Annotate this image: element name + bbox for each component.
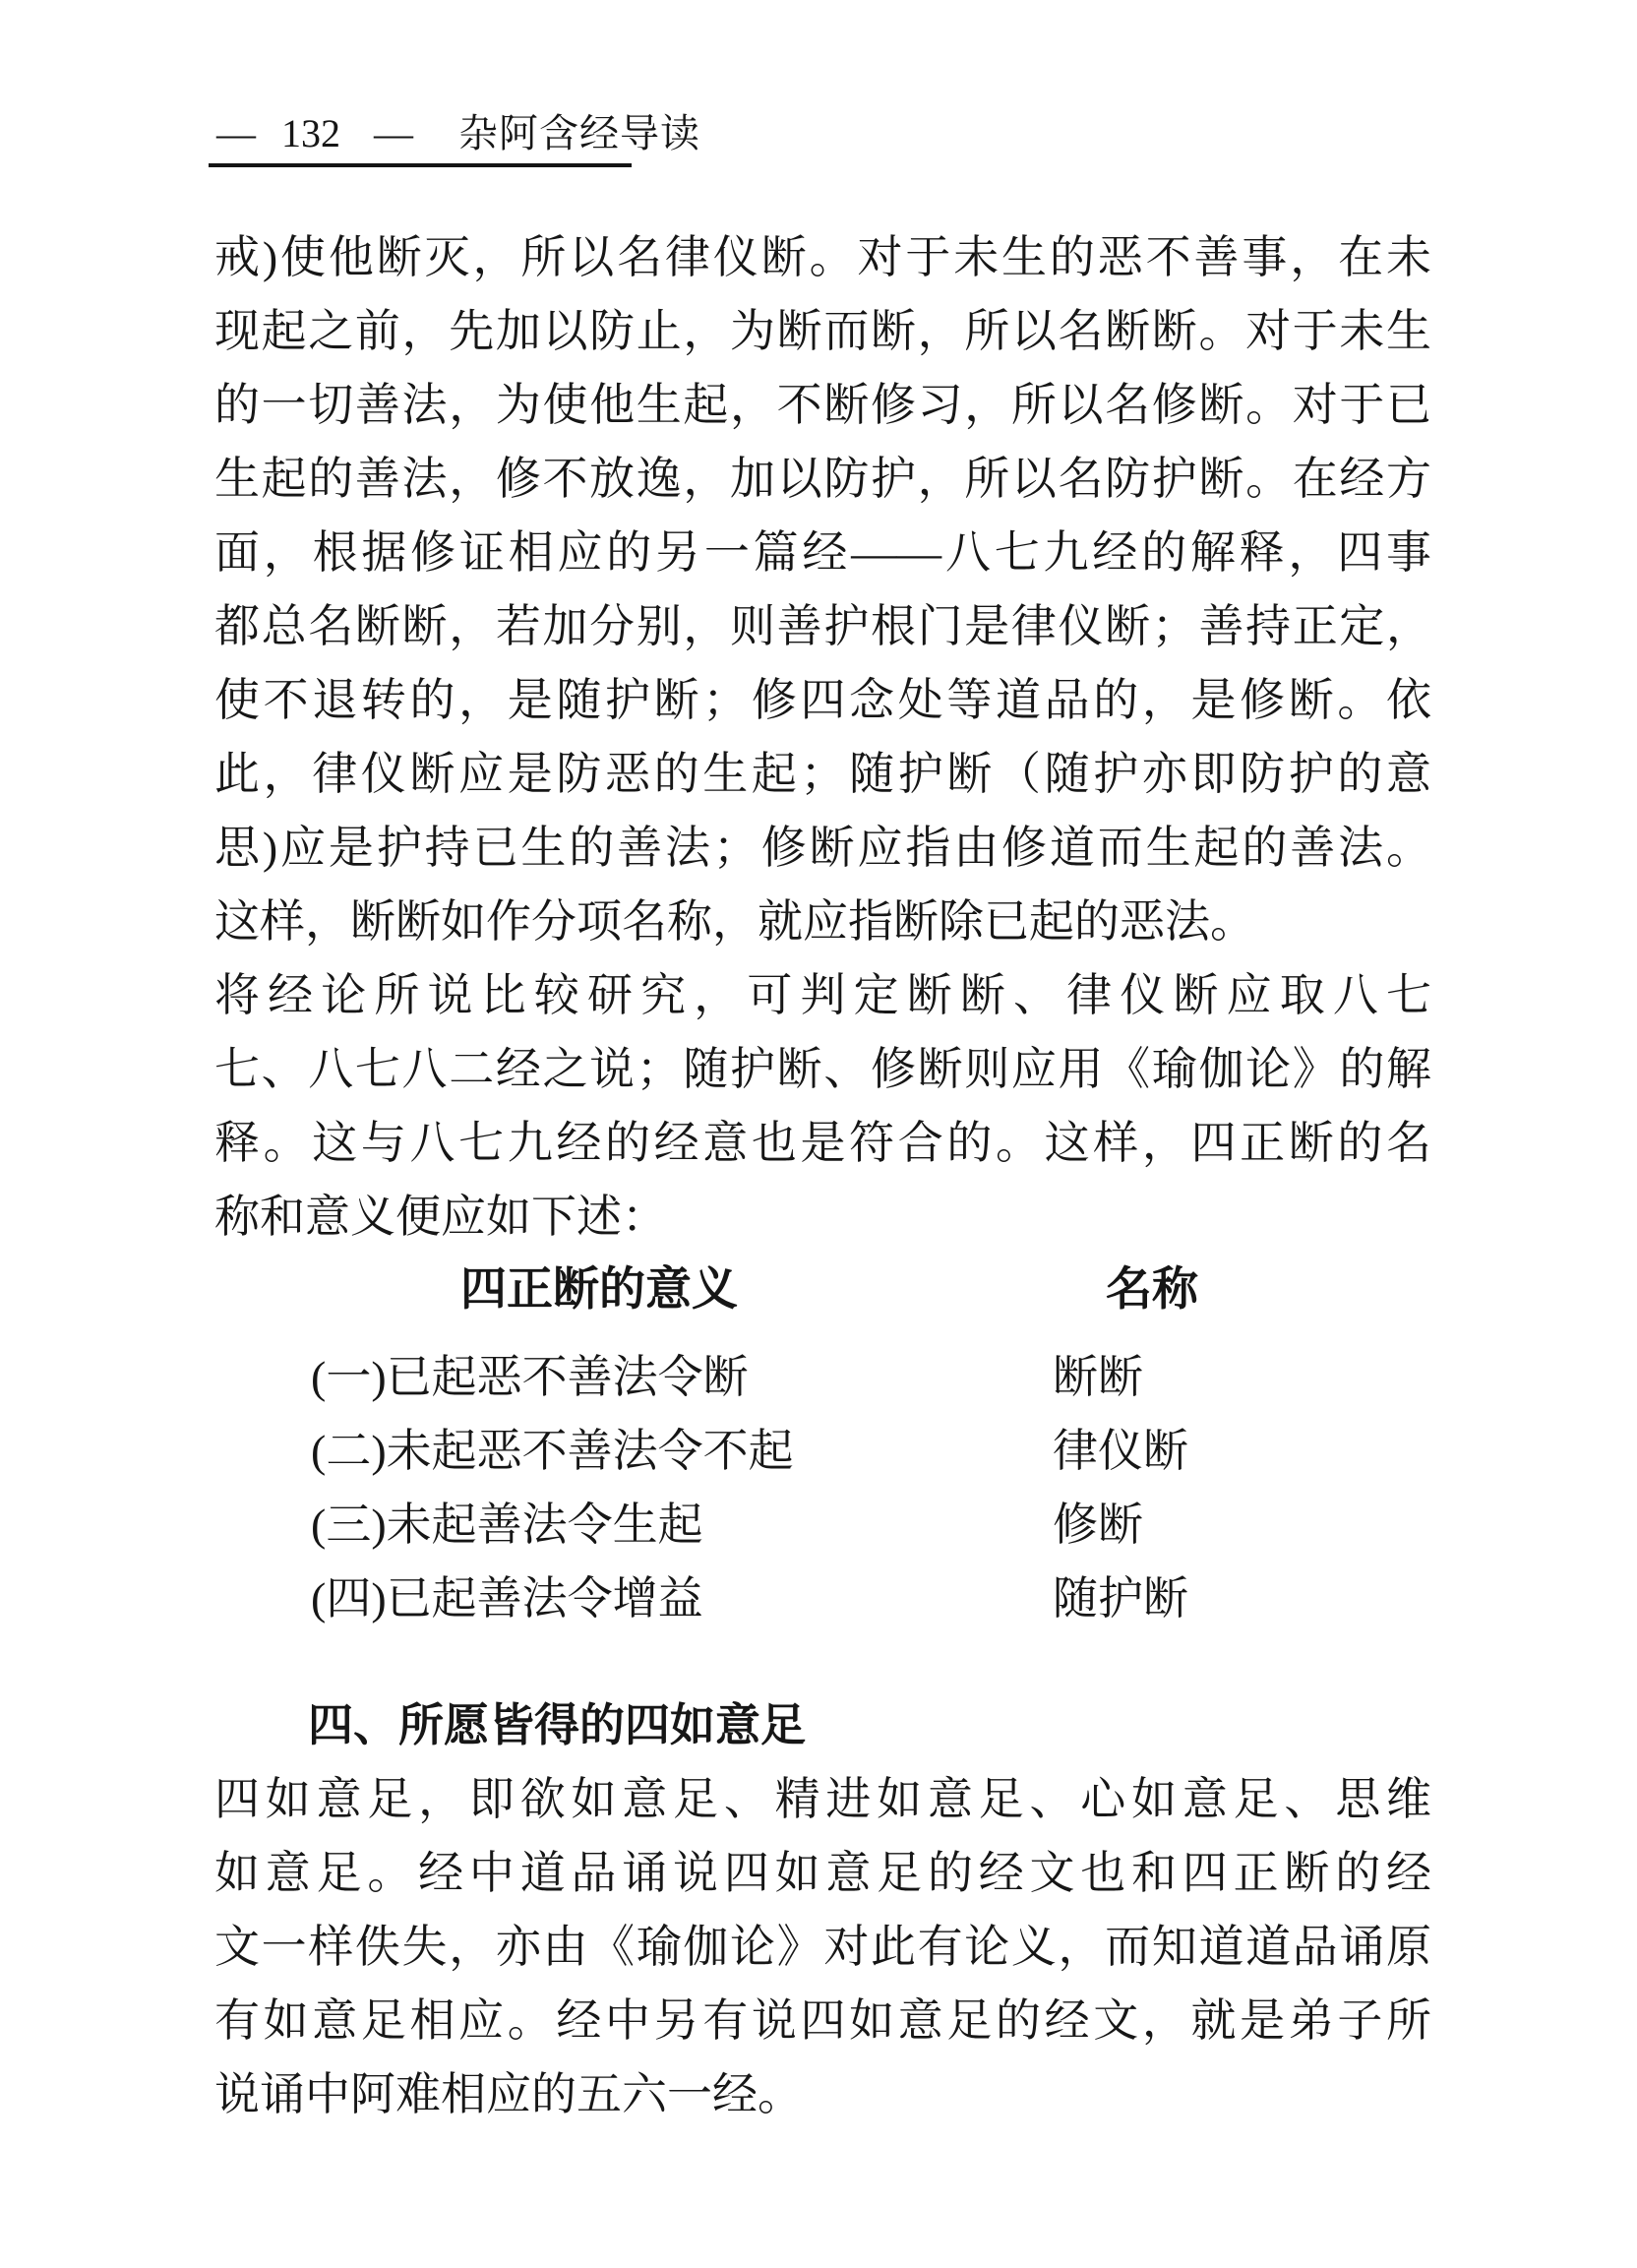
text-line: 面，根据修证相应的另一篇经——八七九经的解释，四事 (214, 516, 1431, 589)
text-line: 有如意足相应。经中另有说四如意足的经文，就是弟子所 (214, 1984, 1431, 2057)
table-row: (四)已起善法令增益 随护断 (214, 1562, 1431, 1635)
text-line: 都总名断断，若加分别，则善护根门是律仪断；善持正定， (214, 589, 1431, 663)
book-title: 杂阿含经导读 (458, 110, 700, 157)
row-meaning: (四)已起善法令增益 (311, 1573, 703, 1624)
meaning-column-header: 四正断的意义 (460, 1264, 738, 1316)
row-name: 断断 (1053, 1340, 1143, 1414)
row-name: 修断 (1053, 1488, 1143, 1562)
page-number: 132 (281, 110, 340, 157)
table-row: (一)已起恶不善法令断 断断 (214, 1340, 1431, 1414)
paragraph-3: 四如意足，即欲如意足、精进如意足、心如意足、思维如意足。经中道品诵说四如意足的经… (214, 1762, 1431, 2131)
book-page: — 132 — 杂阿含经导读 戒)使他断灭，所以名律仪断。对于未生的恶不善事，在… (0, 0, 1637, 2268)
text-line: 的一切善法，为使他生起，不断修习，所以名修断。对于已 (214, 368, 1431, 442)
paragraph-1: 戒)使他断灭，所以名律仪断。对于未生的恶不善事，在未现起之前，先加以防止，为断而… (214, 220, 1431, 958)
header-rule (209, 163, 632, 167)
text-line: 现起之前，先加以防止，为断而断，所以名断断。对于未生 (214, 294, 1431, 368)
paragraph-2: 将经论所说比较研究，可判定断断、律仪断应取八七七、八七八二经之说；随护断、修断则… (214, 958, 1431, 1254)
section-heading: 四、所愿皆得的四如意足 (214, 1688, 1431, 1762)
text-line: 如意足。经中道品诵说四如意足的经文也和四正断的经 (214, 1836, 1431, 1910)
text-line: 此，律仪断应是防恶的生起；随护断（随护亦即防护的意 (214, 737, 1431, 811)
text-line: 这样，断断如作分项名称，就应指断除已起的恶法。 (214, 885, 1431, 958)
text-line: 文一样佚失，亦由《瑜伽论》对此有论义，而知道道品诵原 (214, 1910, 1431, 1984)
table-rows: (一)已起恶不善法令断 断断 (二)未起恶不善法令不起 律仪断 (三)未起善法令… (214, 1340, 1431, 1635)
row-meaning: (一)已起恶不善法令断 (311, 1352, 749, 1402)
table-header-row: 四正断的意义 名称 (214, 1254, 1431, 1327)
text-line: 说诵中阿难相应的五六一经。 (214, 2057, 1431, 2131)
page-number-dash-right: — (374, 110, 413, 157)
table-row: (二)未起恶不善法令不起 律仪断 (214, 1414, 1431, 1488)
table-row: (三)未起善法令生起 修断 (214, 1488, 1431, 1562)
text-line: 戒)使他断灭，所以名律仪断。对于未生的恶不善事，在未 (214, 220, 1431, 294)
row-name: 律仪断 (1053, 1414, 1188, 1488)
text-line: 七、八七八二经之说；随护断、修断则应用《瑜伽论》的解 (214, 1032, 1431, 1106)
text-line: 称和意义便应如下述： (214, 1180, 1431, 1254)
text-line: 四如意足，即欲如意足、精进如意足、心如意足、思维 (214, 1762, 1431, 1836)
text-line: 生起的善法，修不放逸，加以防护，所以名防护断。在经方 (214, 442, 1431, 516)
body-text: 戒)使他断灭，所以名律仪断。对于未生的恶不善事，在未现起之前，先加以防止，为断而… (214, 220, 1431, 2131)
text-line: 释。这与八七九经的经意也是符合的。这样，四正断的名 (214, 1106, 1431, 1180)
running-head: — 132 — 杂阿含经导读 (216, 110, 700, 157)
row-meaning: (三)未起善法令生起 (311, 1500, 703, 1550)
text-line: 使不退转的，是随护断；修四念处等道品的，是修断。依 (214, 663, 1431, 737)
four-right-efforts-table: 四正断的意义 名称 (一)已起恶不善法令断 断断 (二)未起恶不善法令不起 律仪… (214, 1254, 1431, 1635)
row-name: 随护断 (1053, 1562, 1188, 1635)
text-line: 思)应是护持已生的善法；修断应指由修道而生起的善法。 (214, 811, 1431, 885)
page-number-dash-left: — (216, 110, 256, 157)
name-column-header: 名称 (1106, 1254, 1198, 1327)
row-meaning: (二)未起恶不善法令不起 (311, 1426, 794, 1476)
text-line: 将经论所说比较研究，可判定断断、律仪断应取八七 (214, 958, 1431, 1032)
